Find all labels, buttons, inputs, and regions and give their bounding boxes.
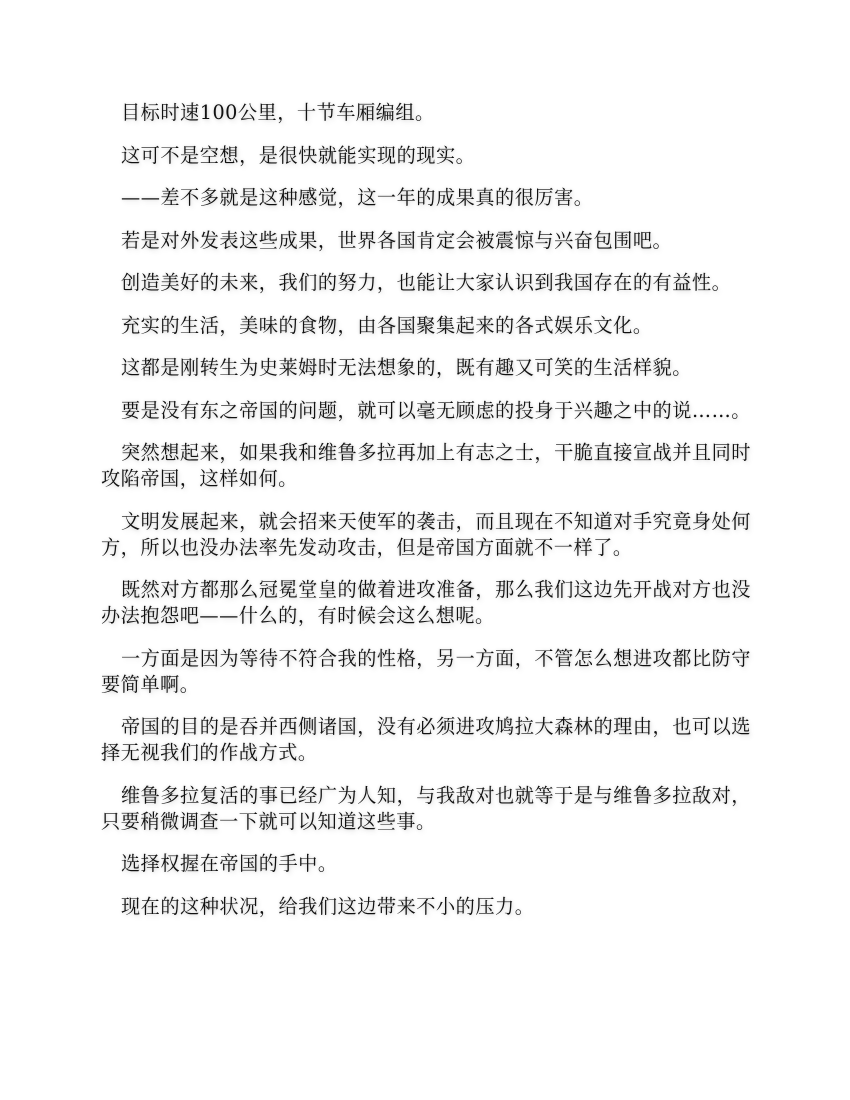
paragraph: 帝国的目的是吞并西侧诸国，没有必须进攻鸠拉大森林的理由，也可以选择无视我们的作战…: [101, 714, 751, 766]
paragraph: 维鲁多拉复活的事已经广为人知，与我敌对也就等于是与维鲁多拉敌对，只要稍微调查一下…: [101, 783, 751, 835]
paragraph: 选择权握在帝国的手中。: [101, 851, 751, 877]
paragraph: 文明发展起来，就会招来天使军的袭击，而且现在不知道对手究竟身处何方，所以也没办法…: [101, 509, 751, 561]
paragraph: ——差不多就是这种感觉，这一年的成果真的很厉害。: [101, 185, 751, 211]
paragraph: 若是对外发表这些成果，世界各国肯定会被震惊与兴奋包围吧。: [101, 228, 751, 254]
paragraph: 创造美好的未来，我们的努力，也能让大家认识到我国存在的有益性。: [101, 270, 751, 296]
document-page: 目标时速100公里，十节车厢编组。 这可不是空想，是很快就能实现的现实。 ——差…: [101, 100, 751, 936]
paragraph: 充实的生活，美味的食物，由各国聚集起来的各式娱乐文化。: [101, 313, 751, 339]
paragraph: 这可不是空想，是很快就能实现的现实。: [101, 143, 751, 169]
paragraph: 一方面是因为等待不符合我的性格，另一方面，不管怎么想进攻都比防守要简单啊。: [101, 646, 751, 698]
paragraph: 现在的这种状况，给我们这边带来不小的压力。: [101, 894, 751, 920]
paragraph: 这都是刚转生为史莱姆时无法想象的，既有趣又可笑的生活样貌。: [101, 355, 751, 381]
paragraph: 目标时速100公里，十节车厢编组。: [101, 100, 751, 126]
paragraph: 既然对方都那么冠冕堂皇的做着进攻准备，那么我们这边先开战对方也没办法抱怨吧——什…: [101, 577, 751, 629]
paragraph: 要是没有东之帝国的问题，就可以毫无顾虑的投身于兴趣之中的说……。: [101, 398, 751, 424]
paragraph: 突然想起来，如果我和维鲁多拉再加上有志之士，干脆直接宣战并且同时攻陷帝国，这样如…: [101, 440, 751, 492]
